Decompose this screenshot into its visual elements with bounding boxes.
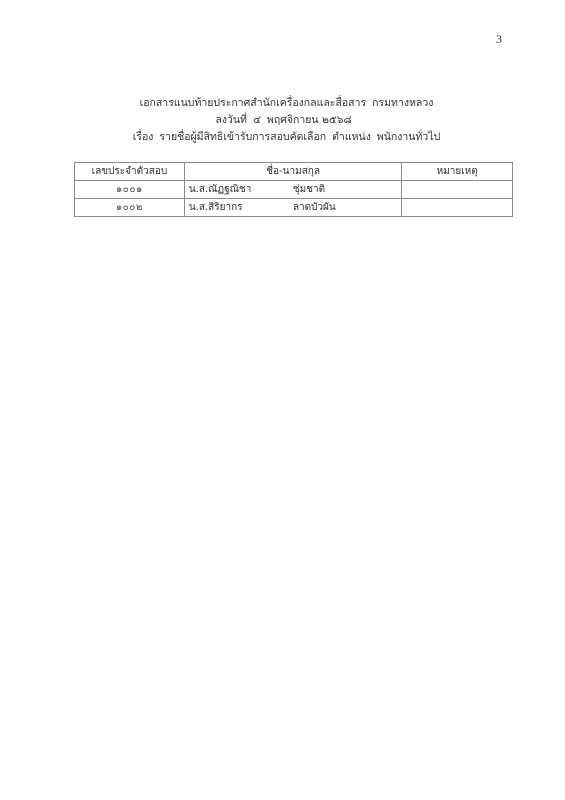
date-label: ลงวันที่ bbox=[215, 114, 247, 126]
full-name-cell: น.ส.สิริยากรลาดบัวผัน bbox=[184, 199, 402, 217]
date-month-year: พฤศจิกายน ๒๕๖๘ bbox=[267, 114, 352, 126]
full-name-cell: น.ส.ณัฏฐณิชาชุ่มชาติ bbox=[184, 181, 402, 199]
announcement-source: เอกสารแนบท้ายประกาศสำนักเครื่องกลและสื่อ… bbox=[140, 97, 366, 109]
document-header: เอกสารแนบท้ายประกาศสำนักเครื่องกลและสื่อ… bbox=[0, 95, 565, 146]
first-name: น.ส.สิริยากร bbox=[189, 200, 293, 215]
table-row: ๑๐๐๒ น.ส.สิริยากรลาดบัวผัน bbox=[75, 199, 513, 217]
exam-id-cell: ๑๐๐๒ bbox=[75, 199, 185, 217]
column-header-full-name: ชื่อ-นามสกุล bbox=[184, 163, 402, 181]
header-line-subject: เรื่องรายชื่อผู้มีสิทธิเข้ารับการสอบคัดเ… bbox=[0, 129, 565, 146]
last-name: ลาดบัวผัน bbox=[293, 200, 336, 215]
subject-text: รายชื่อผู้มีสิทธิเข้ารับการสอบคัดเลือก bbox=[159, 131, 326, 143]
position-label: ตำแหน่ง bbox=[332, 131, 371, 143]
header-line-announcement: เอกสารแนบท้ายประกาศสำนักเครื่องกลและสื่อ… bbox=[0, 95, 565, 112]
header-line-date: ลงวันที่๔พฤศจิกายน ๒๕๖๘ bbox=[0, 112, 565, 129]
remarks-cell bbox=[402, 199, 513, 217]
candidate-table: เลขประจำตัวสอบ ชื่อ-นามสกุล หมายเหตุ ๑๐๐… bbox=[74, 162, 513, 217]
column-header-exam-id: เลขประจำตัวสอบ bbox=[75, 163, 185, 181]
subject-label: เรื่อง bbox=[133, 131, 154, 143]
table-header-row: เลขประจำตัวสอบ ชื่อ-นามสกุล หมายเหตุ bbox=[75, 163, 513, 181]
page-number: 3 bbox=[496, 32, 502, 47]
position-name: พนักงานทั่วไป bbox=[377, 131, 440, 143]
remarks-cell bbox=[402, 181, 513, 199]
date-day: ๔ bbox=[253, 114, 261, 126]
exam-id-cell: ๑๐๐๑ bbox=[75, 181, 185, 199]
column-header-remarks: หมายเหตุ bbox=[402, 163, 513, 181]
first-name: น.ส.ณัฏฐณิชา bbox=[189, 182, 293, 197]
table-row: ๑๐๐๑ น.ส.ณัฏฐณิชาชุ่มชาติ bbox=[75, 181, 513, 199]
last-name: ชุ่มชาติ bbox=[293, 182, 325, 197]
department-name: กรมทางหลวง bbox=[372, 97, 433, 109]
